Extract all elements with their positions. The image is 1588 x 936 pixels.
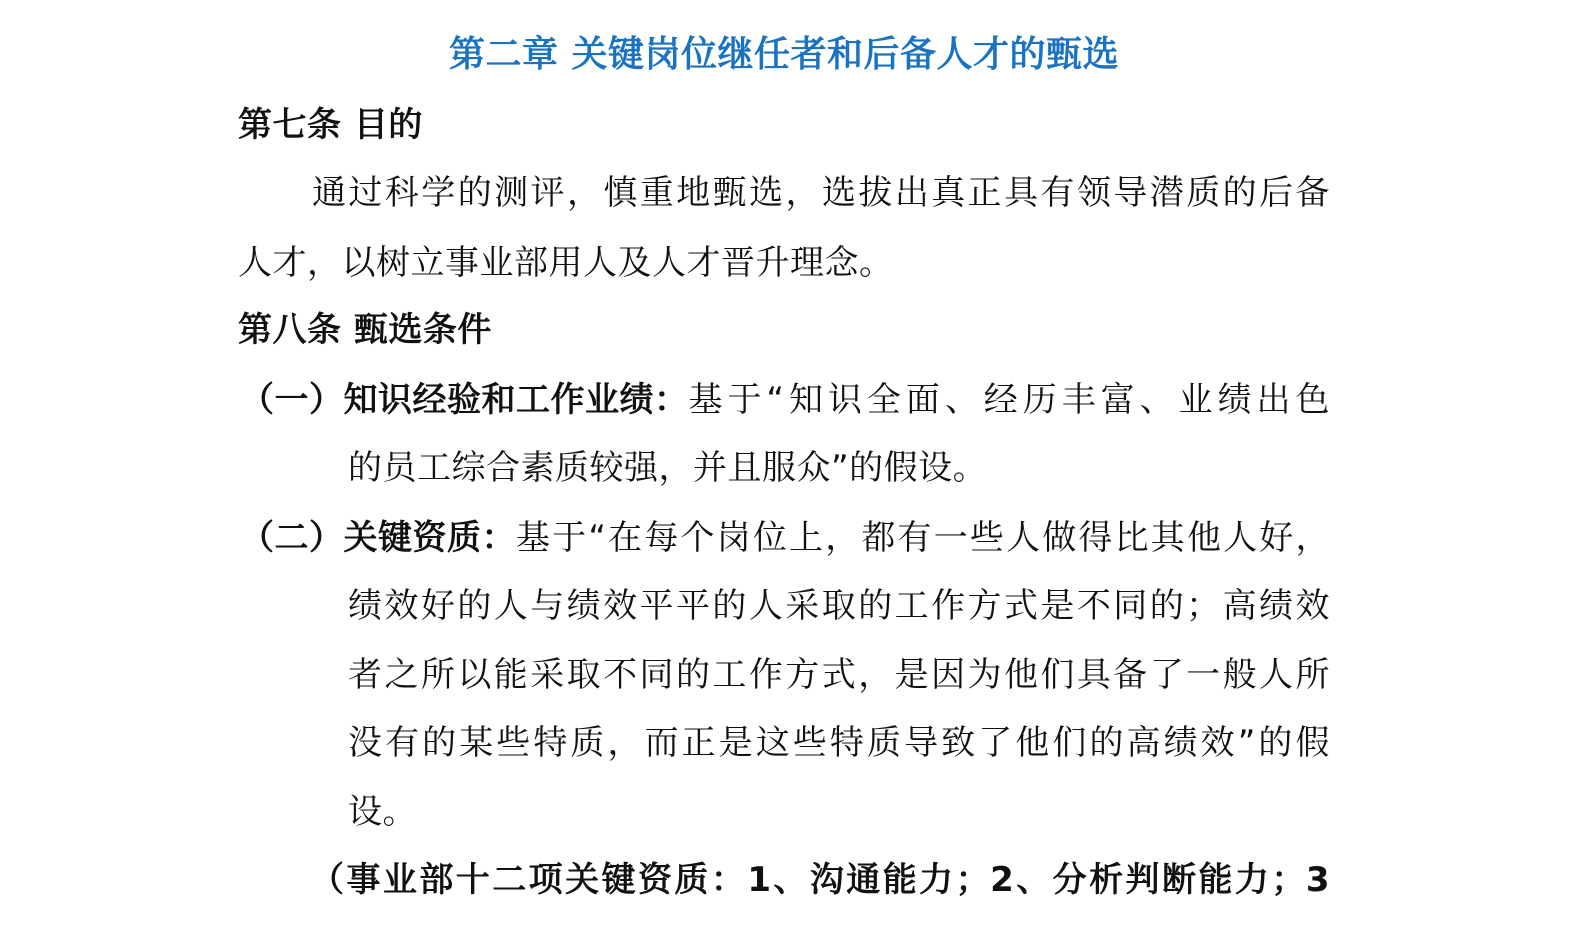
chapter-title: 第二章 关键岗位继任者和后备人才的甄选 <box>0 35 1568 75</box>
article-8-item-2: （二）关键资质： 基于“在每个岗位上，都有一些人做得比其他人好， <box>240 518 1330 558</box>
item-2-text-line-5: 设。 <box>348 792 417 832</box>
item-2-label: （二）关键资质： <box>240 518 516 558</box>
article-7-paragraph-line-1: 通过科学的测评，慎重地甄选，选拔出真正具有领导潜质的后备 <box>312 173 1330 213</box>
item-2-text-line-3: 者之所以能采取不同的工作方式，是因为他们具备了一般人所 <box>348 655 1330 695</box>
item-2-text-line-2: 绩效好的人与绩效平平的人采取的工作方式是不同的；高绩效 <box>348 586 1330 626</box>
article-7-paragraph-line-2: 人才，以树立事业部用人及人才晋升理念。 <box>238 243 894 283</box>
article-8-heading: 第八条 甄选条件 <box>238 310 492 350</box>
item-1-text-line-2: 的员工综合素质较强，并且服众”的假设。 <box>348 448 987 488</box>
article-8-item-1: （一）知识经验和工作业绩： 基于“知识全面、经历丰富、业绩出色 <box>240 380 1330 420</box>
article-7-heading: 第七条 目的 <box>238 105 423 145</box>
key-qualities-note: （事业部十二项关键资质：1、沟通能力；2、分析判断能力；3 <box>310 860 1330 900</box>
item-2-text-line-1: 基于“在每个岗位上，都有一些人做得比其他人好， <box>516 518 1330 558</box>
item-1-text-line-1: 基于“知识全面、经历丰富、业绩出色 <box>689 380 1331 420</box>
item-1-label: （一）知识经验和工作业绩： <box>240 380 689 420</box>
item-2-text-line-4: 没有的某些特质，而正是这些特质导致了他们的高绩效”的假 <box>348 723 1330 763</box>
